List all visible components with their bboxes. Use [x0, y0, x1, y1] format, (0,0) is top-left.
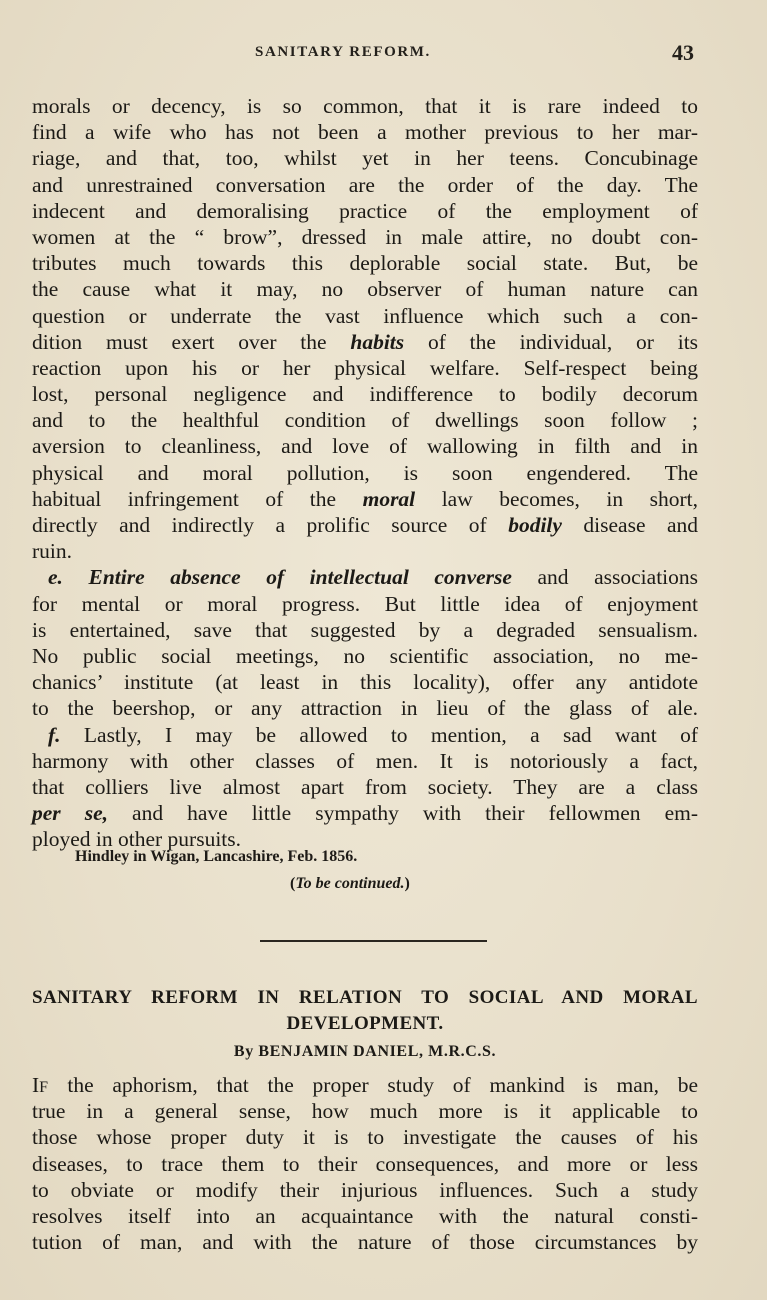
text-run: law becomes, in short, — [442, 487, 698, 511]
text-line: lost, personal negligence and indifferen… — [32, 381, 698, 407]
section-divider — [260, 940, 487, 942]
text-line: ruin. — [32, 538, 698, 564]
text-line: harmony with other classes of men. It is… — [32, 748, 698, 774]
paragraph-f-first-line: f. Lastly, I may be allowed to mention, … — [32, 722, 698, 748]
text-line: riage, and that, too, whilst yet in her … — [32, 145, 698, 171]
paragraph-continuation: morals or decency, is so common, that it… — [32, 93, 698, 852]
article-title-line-1: SANITARY REFORM IN RELATION TO SOCIAL AN… — [32, 985, 698, 1011]
emphasis-moral: moral — [363, 487, 416, 511]
article-title: SANITARY REFORM IN RELATION TO SOCIAL AN… — [32, 985, 698, 1037]
text-line: and unrestrained conversation are the or… — [32, 172, 698, 198]
continued-text: To be continued. — [295, 875, 404, 892]
to-be-continued-note: (To be continued.) — [290, 875, 410, 893]
text-line: and to the healthful condition of dwelli… — [32, 407, 698, 433]
text-line: the cause what it may, no observer of hu… — [32, 276, 698, 302]
signature-place-date: Hindley in Wigan, Lancashire, Feb. 1856. — [75, 848, 357, 866]
text-line: to the beershop, or any attraction in li… — [32, 695, 698, 721]
page-number: 43 — [672, 40, 694, 66]
article-byline: By BENJAMIN DANIEL, M.R.C.S. — [32, 1043, 698, 1061]
text-run: dition must exert over the — [32, 330, 327, 354]
text-line: to obviate or modify their injurious inf… — [32, 1177, 698, 1203]
smallcap-letter: F — [39, 1079, 48, 1096]
text-line: indecent and demoralising practice of th… — [32, 198, 698, 224]
text-run: of the individual, or its — [428, 330, 698, 354]
text-line: true in a general sense, how much more i… — [32, 1098, 698, 1124]
text-line: diseases, to trace them to their consequ… — [32, 1151, 698, 1177]
text-line: for mental or moral progress. But little… — [32, 591, 698, 617]
text-line: question or underrate the vast influence… — [32, 303, 698, 329]
article-title-line-2: DEVELOPMENT. — [32, 1011, 698, 1037]
text-run: the aphorism, that the proper study of m… — [67, 1073, 698, 1097]
text-line: chanics’ institute (at least in this loc… — [32, 669, 698, 695]
book-page: SANITARY REFORM. 43 morals or decency, i… — [0, 0, 767, 1300]
text-line: tributes much towards this deplorable so… — [32, 250, 698, 276]
paragraph-e-first-line: e. Entire absence of intellectual conver… — [32, 564, 698, 590]
text-line: reaction upon his or her physical welfar… — [32, 355, 698, 381]
text-run: and have little sympathy with their fell… — [132, 801, 698, 825]
paren-close: ) — [405, 875, 410, 892]
article-first-line: IF the aphorism, that the proper study o… — [32, 1072, 698, 1098]
item-label-e: e. — [48, 565, 63, 589]
text-line: tution of man, and with the nature of th… — [32, 1229, 698, 1255]
text-run: Lastly, I may be allowed to mention, a s… — [84, 723, 698, 747]
emphasis-habits: habits — [350, 330, 404, 354]
text-line: dition must exert over the habits of the… — [32, 329, 698, 355]
text-line: resolves itself into an acquaintance wit… — [32, 1203, 698, 1229]
text-line: is entertained, save that suggested by a… — [32, 617, 698, 643]
text-line: directly and indirectly a prolific sourc… — [32, 512, 698, 538]
emphasis-bodily: bodily — [508, 513, 562, 537]
text-line: that colliers live almost apart from soc… — [32, 774, 698, 800]
text-line: habitual infringement of the moral law b… — [32, 486, 698, 512]
emphasis-per-se: per se, — [32, 801, 108, 825]
text-line: physical and moral pollution, is soon en… — [32, 460, 698, 486]
text-line: find a wife who has not been a mother pr… — [32, 119, 698, 145]
text-run: directly and indirectly a prolific sourc… — [32, 513, 487, 537]
text-line: those whose proper duty it is to investi… — [32, 1124, 698, 1150]
text-line: No public social meetings, no scientific… — [32, 643, 698, 669]
emphasis-heading-e: Entire absence of intellectual converse — [88, 565, 511, 589]
text-run: habitual infringement of the — [32, 487, 336, 511]
text-line: women at the “ brow”, dressed in male at… — [32, 224, 698, 250]
text-line: aversion to cleanliness, and love of wal… — [32, 433, 698, 459]
text-run: disease and — [583, 513, 698, 537]
running-head: SANITARY REFORM. — [255, 44, 431, 61]
article-body: IF the aphorism, that the proper study o… — [32, 1072, 698, 1255]
text-run: and associations — [538, 565, 699, 589]
item-label-f: f. — [48, 723, 61, 747]
text-line: per se, and have little sympathy with th… — [32, 800, 698, 826]
text-line: morals or decency, is so common, that it… — [32, 93, 698, 119]
